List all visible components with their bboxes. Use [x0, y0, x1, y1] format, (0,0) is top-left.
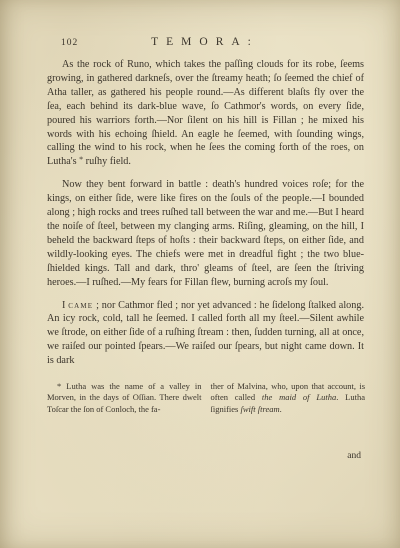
paragraph-1-text-cont: ruſhy field.	[83, 156, 131, 167]
catchword: and	[347, 451, 361, 461]
page-number: 102	[61, 38, 78, 48]
paragraph-1: As the rock of Runo, which takes the paſ…	[47, 58, 364, 169]
footnote-italic-1: the maid of Lutha	[262, 392, 336, 402]
paragraph-3-smallcaps: came	[68, 300, 93, 311]
running-title: TEMORA:	[0, 36, 400, 48]
footnote-right-text-3: .	[280, 404, 282, 414]
footnote-italic-2: ſwift ſtream	[240, 404, 279, 414]
paragraph-3-text: ; nor Cathmor fled ; nor yet advanced : …	[47, 300, 364, 367]
footnote-left-column: * Lutha was the name of a valley in Morv…	[47, 381, 202, 415]
footnote-right-column: ther of Malvina, who, upon that account,…	[211, 381, 366, 415]
footnote: * Lutha was the name of a valley in Morv…	[47, 381, 365, 415]
paragraph-2: Now they bent forward in battle : death'…	[47, 178, 364, 289]
page-header: 102 TEMORA:	[0, 0, 400, 50]
paragraph-1-text: As the rock of Runo, which takes the paſ…	[47, 59, 364, 167]
page-body: As the rock of Runo, which takes the paſ…	[47, 58, 364, 368]
book-page-scan: 102 TEMORA: As the rock of Runo, which t…	[0, 0, 400, 548]
paragraph-3: I came ; nor Cathmor fled ; nor yet adva…	[47, 299, 364, 369]
